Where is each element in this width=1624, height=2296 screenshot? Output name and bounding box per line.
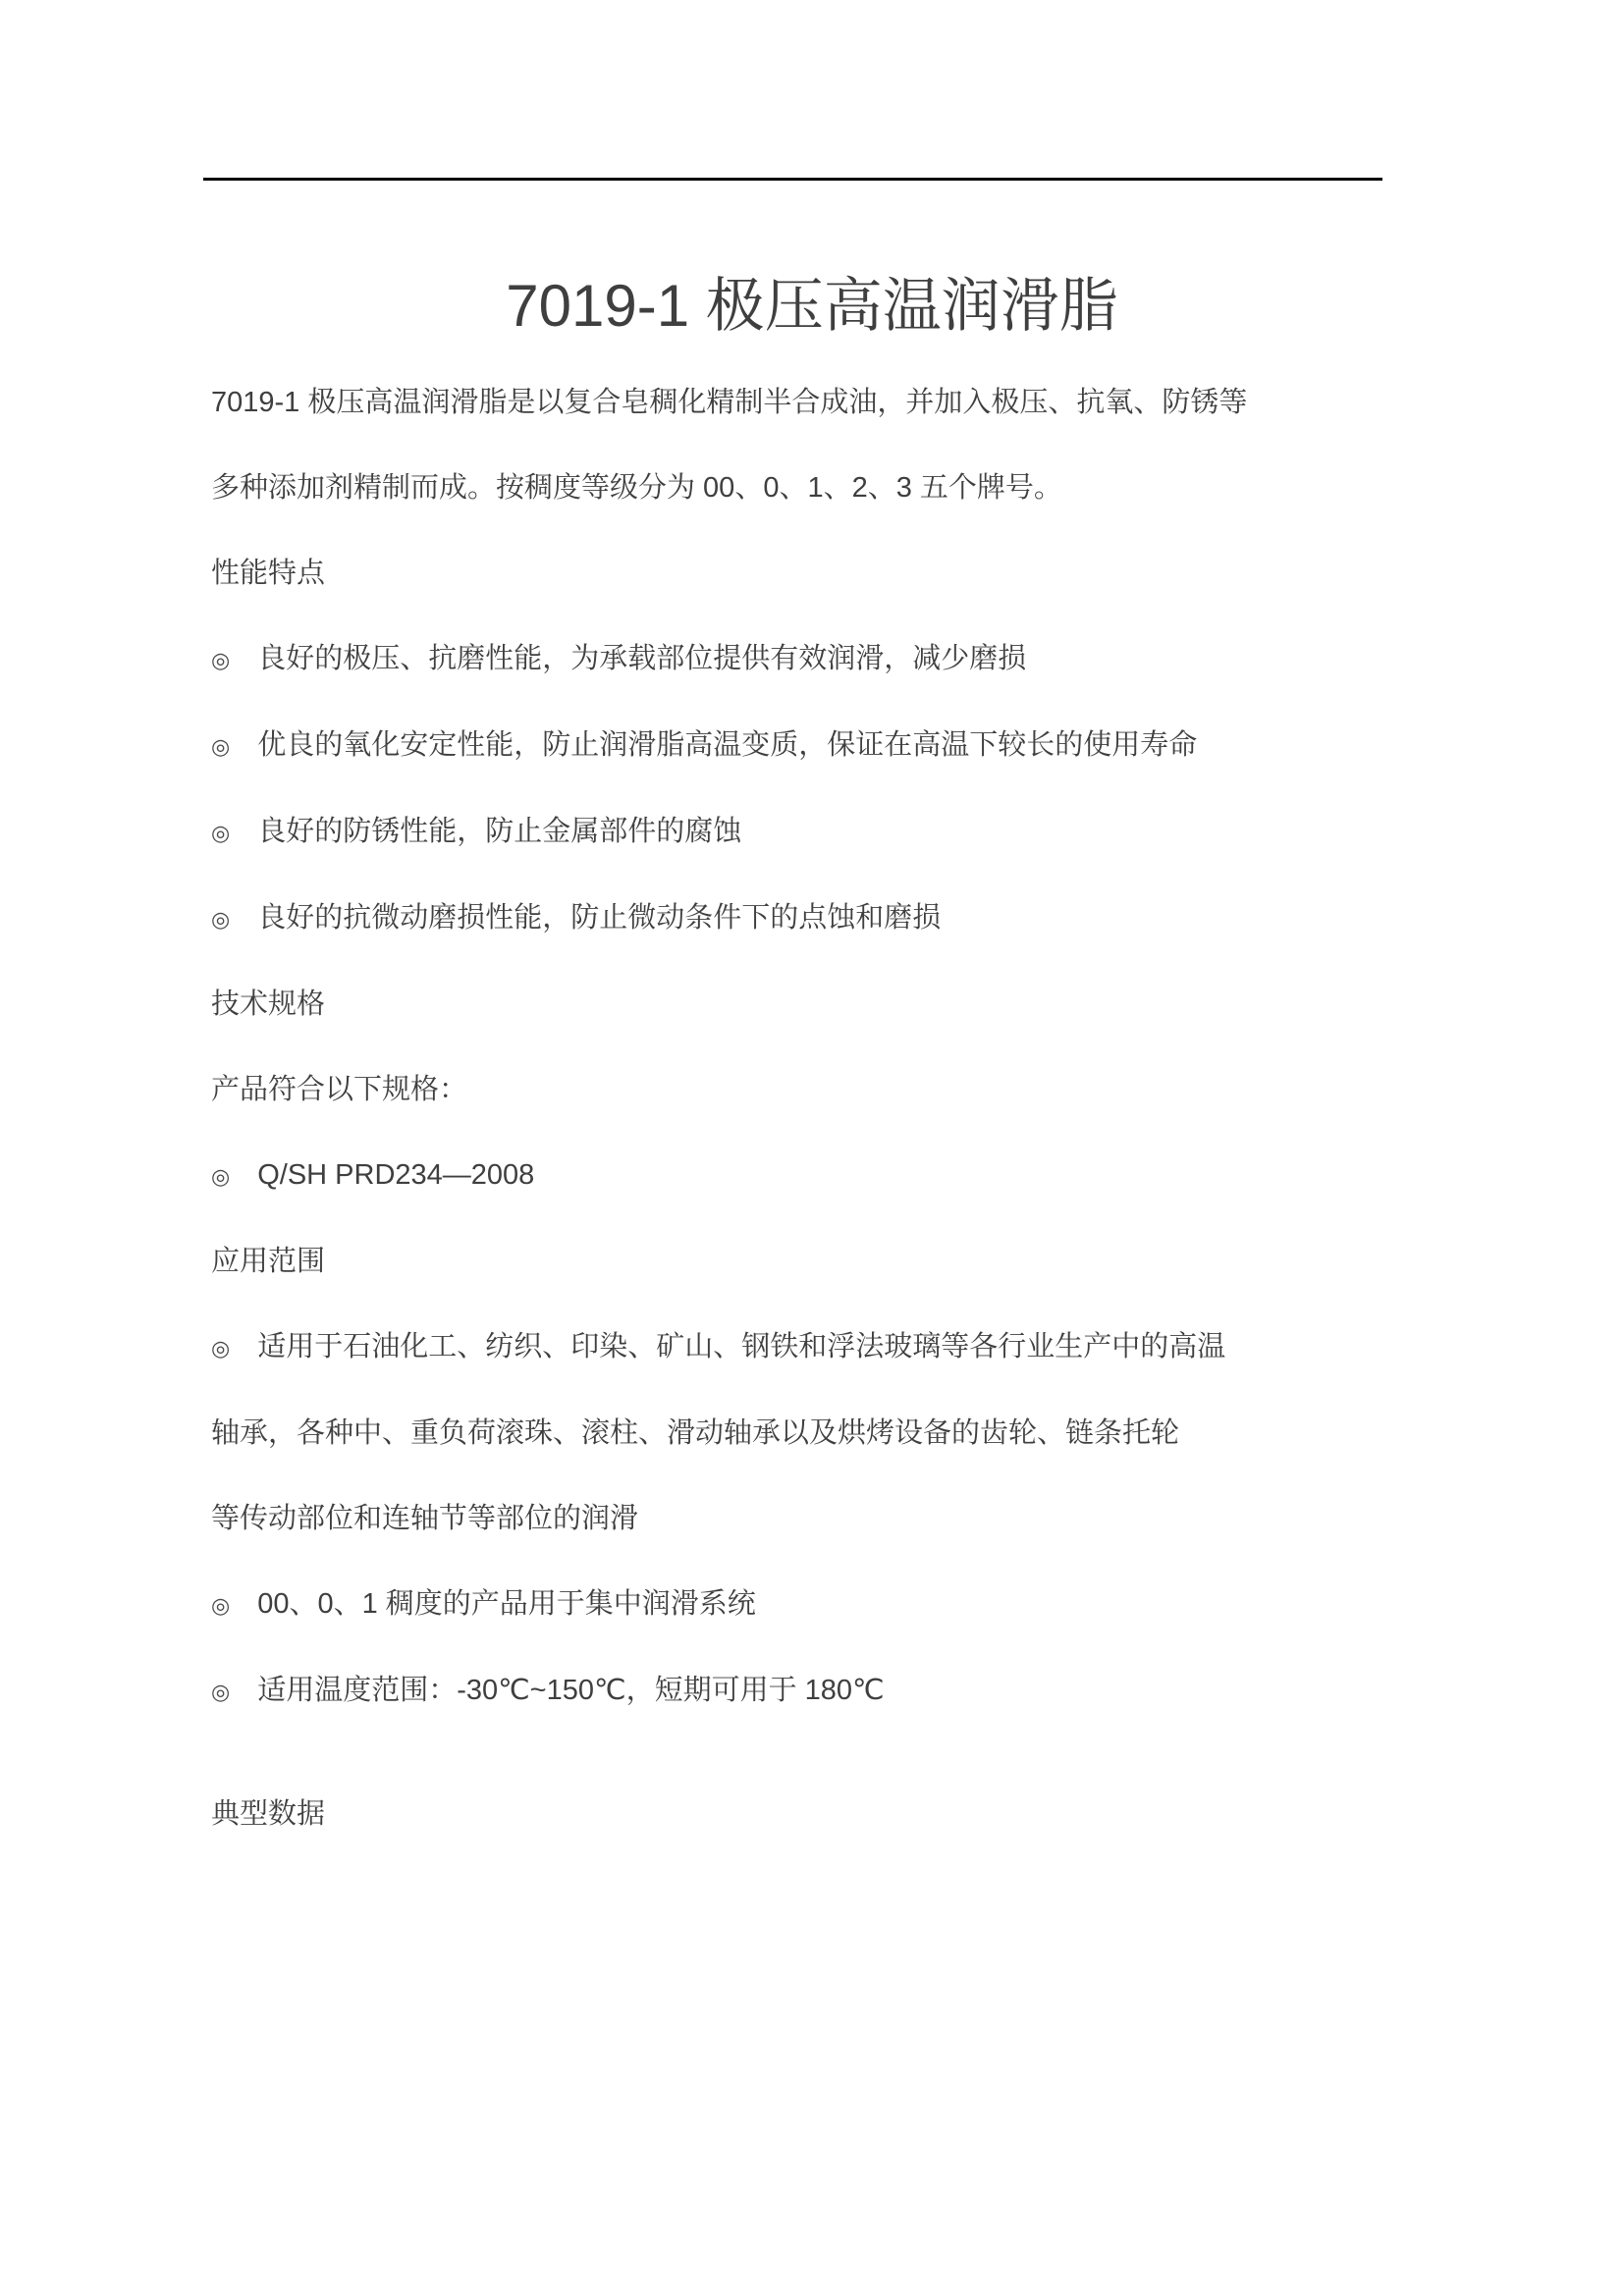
bullet-text: 良好的抗微动磨损性能，防止微动条件下的点蚀和磨损 (257, 902, 941, 934)
bullet-item-temperature-range: ◎适用温度范围：-30℃~150℃，短期可用于 180℃ (211, 1648, 1413, 1735)
section-heading-performance: 性能特点 (211, 531, 1413, 616)
bullet-item-applications-line-1: ◎适用于石油化工、纺织、印染、矿山、钢铁和浮法玻璃等各行业生产中的高温 (211, 1305, 1413, 1391)
bullet-icon: ◎ (211, 1649, 230, 1735)
bullet-item-centralized-lubrication: ◎00、0、1 稠度的产品用于集中润滑系统 (211, 1562, 1413, 1648)
page-title: 7019-1 极压高温润滑脂 (211, 263, 1413, 348)
bullet-text: 00、0、1 稠度的产品用于集中润滑系统 (257, 1588, 756, 1620)
bullet-text: 良好的防锈性能，防止金属部件的腐蚀 (257, 816, 741, 847)
bullet-icon: ◎ (211, 1563, 230, 1648)
bullet-item-fretting-wear: ◎良好的抗微动磨损性能，防止微动条件下的点蚀和磨损 (211, 876, 1413, 962)
applications-line-3: 等传动部位和连轴节等部位的润滑 (211, 1476, 1413, 1562)
document-content: 7019-1 极压高温润滑脂 7019-1 极压高温润滑脂是以复合皂稠化精制半合… (0, 263, 1624, 1857)
bullet-icon: ◎ (211, 1306, 230, 1391)
specs-intro: 产品符合以下规格： (211, 1047, 1413, 1133)
bullet-text: 优良的氧化安定性能，防止润滑脂高温变质，保证在高温下较长的使用寿命 (257, 729, 1197, 761)
document-page: 7019-1 极压高温润滑脂 7019-1 极压高温润滑脂是以复合皂稠化精制半合… (0, 0, 1624, 2296)
intro-line-1: 7019-1 极压高温润滑脂是以复合皂稠化精制半合成油，并加入极压、抗氧、防锈等 (211, 360, 1413, 446)
bullet-icon: ◎ (211, 877, 230, 962)
bullet-item-standard: ◎Q/SH PRD234—2008 (211, 1133, 1413, 1219)
intro-line-2: 多种添加剂精制而成。按稠度等级分为 00、0、1、2、3 五个牌号。 (211, 446, 1413, 531)
bullet-icon: ◎ (211, 790, 230, 876)
bullet-item-rust-prevention: ◎良好的防锈性能，防止金属部件的腐蚀 (211, 789, 1413, 876)
section-heading-specs: 技术规格 (211, 962, 1413, 1047)
header-rule (203, 178, 1382, 181)
bullet-text: Q/SH PRD234—2008 (257, 1159, 534, 1191)
bullet-icon: ◎ (211, 704, 230, 789)
bullet-icon: ◎ (211, 1134, 230, 1219)
section-heading-applications: 应用范围 (211, 1219, 1413, 1305)
bullet-text: 适用于石油化工、纺织、印染、矿山、钢铁和浮法玻璃等各行业生产中的高温 (257, 1331, 1225, 1362)
bullet-icon: ◎ (211, 617, 230, 703)
bullet-item-oxidation-stability: ◎优良的氧化安定性能，防止润滑脂高温变质，保证在高温下较长的使用寿命 (211, 703, 1413, 789)
section-heading-typical-data: 典型数据 (211, 1772, 1413, 1857)
applications-line-2: 轴承，各种中、重负荷滚珠、滚柱、滑动轴承以及烘烤设备的齿轮、链条托轮 (211, 1391, 1413, 1476)
bullet-text: 良好的极压、抗磨性能，为承载部位提供有效润滑，减少磨损 (257, 643, 1026, 674)
bullet-text: 适用温度范围：-30℃~150℃，短期可用于 180℃ (257, 1675, 884, 1706)
bullet-item-extreme-pressure: ◎良好的极压、抗磨性能，为承载部位提供有效润滑，减少磨损 (211, 616, 1413, 703)
